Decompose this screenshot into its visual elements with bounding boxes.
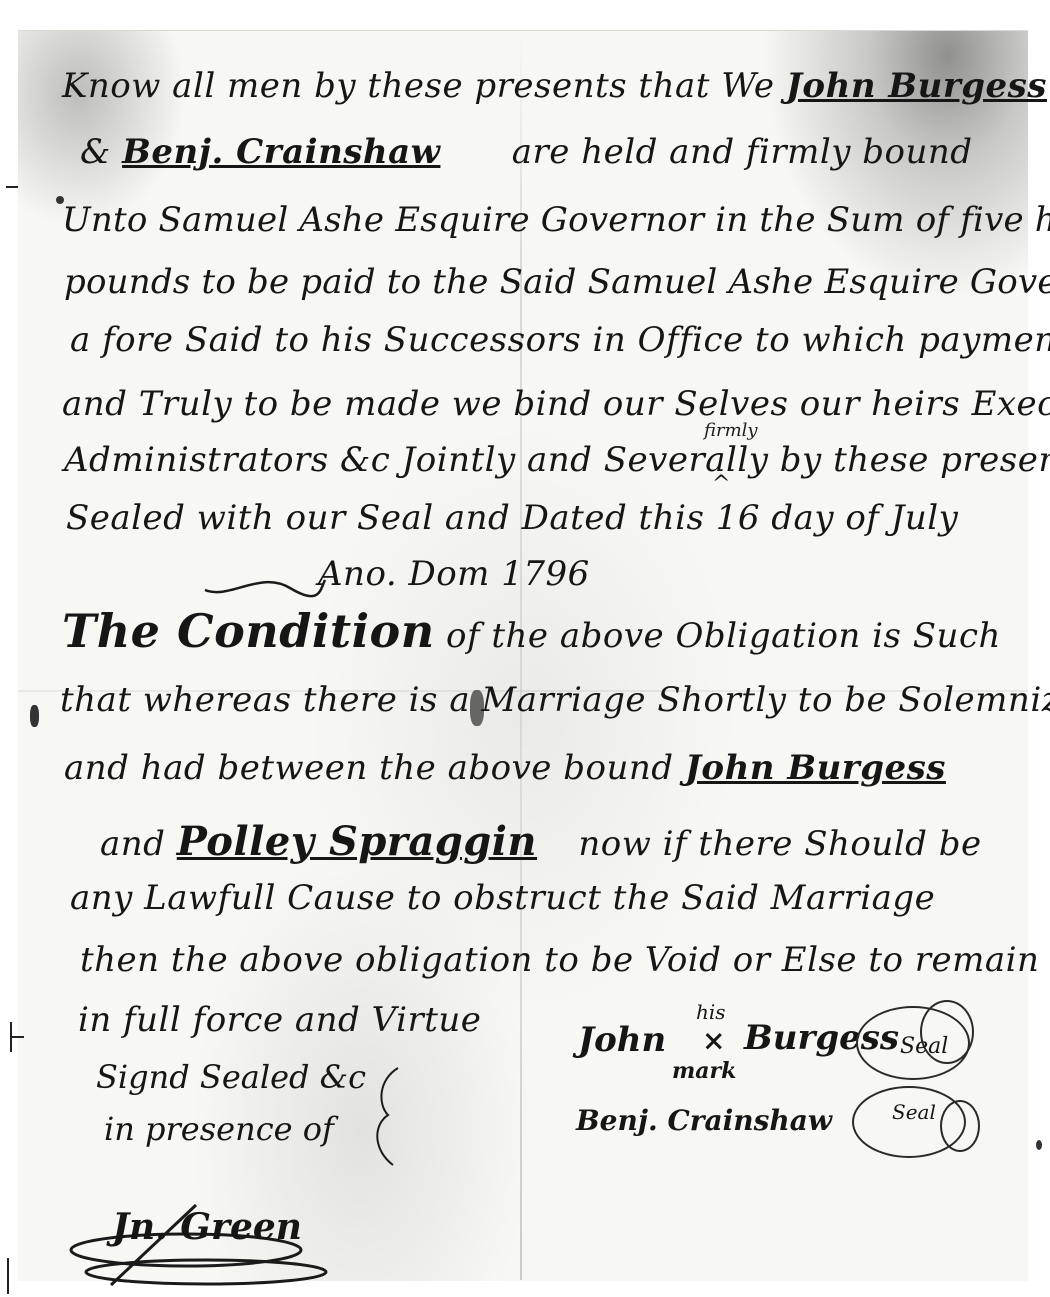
bond-line-6: and Truly to be made we bind our Selves … xyxy=(62,384,1050,424)
bracket-icon xyxy=(358,1060,408,1170)
signature-x-mark-icon: × xyxy=(702,1024,725,1057)
bond-line-10-condition: The Condition of the above Obligation is… xyxy=(62,604,1001,658)
line-text: Unto Samuel Ashe Esquire Governor in the… xyxy=(62,200,1050,240)
bond-line-15: then the above obligation to be Void or … xyxy=(80,940,1039,980)
flourish-icon xyxy=(200,560,330,610)
margin-bracket-mid-tick xyxy=(10,1036,24,1038)
bond-line-4: pounds to be paid to the Said Samuel Ash… xyxy=(64,262,1050,302)
line-text: pounds to be paid to the Said Samuel Ash… xyxy=(64,262,1050,302)
margin-tick-top xyxy=(6,186,18,188)
seal-label-1: Seal xyxy=(900,1034,948,1059)
principal-name: John Burgess xyxy=(786,66,1047,106)
bond-line-14: any Lawfull Cause to obstruct the Said M… xyxy=(70,878,935,918)
surety-name: Benj. Crainshaw xyxy=(122,132,440,172)
line-text: and Truly to be made we bind our Selves … xyxy=(62,384,1050,424)
line-text: Sealed with our Seal and Dated this 16 d… xyxy=(66,498,958,538)
groom-name: John Burgess xyxy=(685,748,946,788)
signature-surety: Benj. Crainshaw xyxy=(576,1104,832,1137)
line-text: and xyxy=(100,824,177,864)
seal-scroll-2b-icon xyxy=(940,1100,980,1152)
line-text: that whereas there is a Marriage Shortly… xyxy=(60,680,1050,720)
document-page: Know all men by these presents that We J… xyxy=(0,0,1050,1297)
bond-line-3: Unto Samuel Ashe Esquire Governor in the… xyxy=(62,200,1050,240)
attestation-line-2: in presence of xyxy=(104,1110,334,1148)
bond-line-11: that whereas there is a Marriage Shortly… xyxy=(60,680,1050,720)
condition-heading: The Condition xyxy=(62,604,435,658)
signature-his: his xyxy=(696,1000,726,1024)
date-text: Ano. Dom 1796 xyxy=(318,554,590,594)
bond-line-9-date: Ano. Dom 1796 xyxy=(318,554,590,594)
line-text: Administrators &c Jointly and Severally … xyxy=(64,440,1050,480)
line-text: now if there Should be xyxy=(567,824,982,864)
line-text: of the above Obligation is Such xyxy=(435,616,1001,656)
bond-line-12: and had between the above bound John Bur… xyxy=(64,748,946,788)
bride-name: Polley Spraggin xyxy=(177,818,537,865)
interlinear-insertion: firmly xyxy=(704,420,758,441)
bond-line-1: Know all men by these presents that We J… xyxy=(62,66,1047,106)
line-text: & xyxy=(80,132,122,172)
ink-blot xyxy=(30,705,39,727)
signature-mark-label: mark xyxy=(672,1058,736,1084)
bond-line-8: Sealed with our Seal and Dated this 16 d… xyxy=(66,498,958,538)
line-text: are held and firmly bound xyxy=(500,132,972,172)
ink-blot xyxy=(1036,1140,1042,1150)
line-text: then the above obligation to be Void or … xyxy=(80,940,1039,980)
margin-line-bottom xyxy=(7,1258,9,1294)
bond-line-5: a fore Said to his Successors in Office … xyxy=(70,320,1050,360)
line-text: a fore Said to his Successors in Office … xyxy=(70,320,1050,360)
line-text: and had between the above bound xyxy=(64,748,685,788)
line-text: in full force and Virtue xyxy=(78,1000,481,1040)
line-text: any Lawfull Cause to obstruct the Said M… xyxy=(70,878,935,918)
signature-witness: Jn. Green xyxy=(112,1206,302,1248)
signature-principal-first: John xyxy=(578,1020,666,1060)
bond-line-2: & Benj. Crainshaw are held and firmly bo… xyxy=(80,132,973,172)
bond-line-13: and Polley Spraggin now if there Should … xyxy=(100,818,982,865)
bond-line-7: Administrators &c Jointly and Severally … xyxy=(64,440,1050,480)
seal-label-2: Seal xyxy=(892,1100,936,1124)
bond-line-16: in full force and Virtue xyxy=(78,1000,481,1040)
line-text: Know all men by these presents that We xyxy=(62,66,786,106)
attestation-line-1: Signd Sealed &c xyxy=(96,1058,366,1096)
